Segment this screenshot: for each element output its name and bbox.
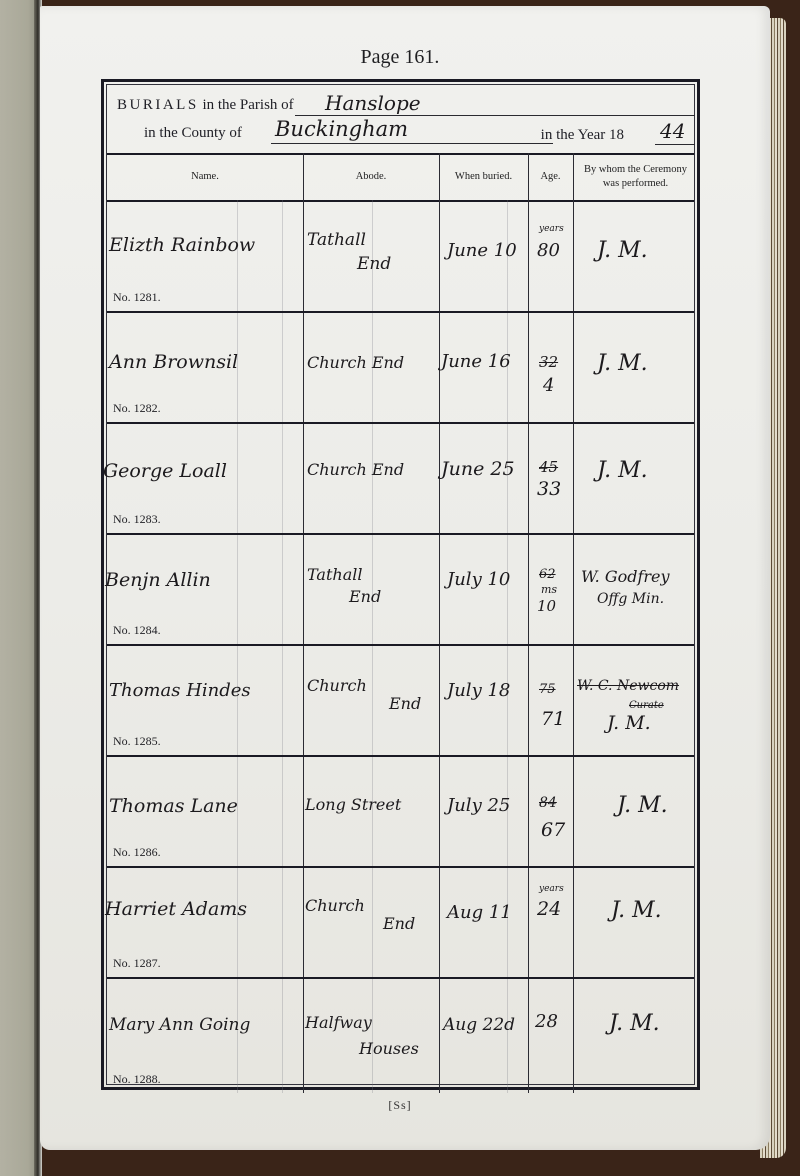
entry-age: 4 [543,375,554,396]
entry-date: Aug 22d [443,1015,515,1035]
entry-officiant: J. M. [597,238,648,263]
table-row: Benjn Allin Tathall End July 10 62 ms 10… [107,533,694,646]
entry-abode: Tathall [307,565,362,584]
entry-date: July 10 [447,569,510,590]
entry-officiant: J. M. [597,458,648,483]
entry-age-note: years [539,224,564,234]
entry-abode: Church End [307,353,404,372]
entry-date: June 16 [441,351,511,372]
register-title-block: BURIALS in the Parish of Hanslope in the… [107,85,694,155]
entry-age-struck: 32 [539,353,558,371]
entry-abode: Church End [307,460,404,479]
entry-abode-line2: End [383,914,415,933]
entry-date: July 18 [447,680,510,701]
entry-abode-line2: End [357,254,391,274]
entry-number: No. 1285. [113,734,161,749]
entry-age: 33 [537,478,561,500]
entry-date: June 10 [447,240,517,261]
signature-mark: [Ss] [0,1098,800,1113]
entry-age: 10 [537,597,556,615]
entry-abode: Church [305,896,365,915]
table-row: Mary Ann Going Halfway Houses Aug 22d 28… [107,977,694,1093]
entry-name: Thomas Hindes [109,680,251,701]
entry-officiant: J. M. [597,351,648,376]
title-line-county: in the County of [144,125,242,142]
entry-age-struck: 84 [539,795,557,811]
table-row: Thomas Hindes Church End July 18 75 71 W… [107,644,694,757]
parish-fill-line [295,115,695,116]
entry-name: Ann Brownsil [109,351,238,373]
entry-date: Aug 11 [447,902,512,923]
title-year: in the Year 18 [541,127,624,144]
entry-age-struck: 62 [539,567,556,582]
entry-officiant-title-struck: Curate [629,700,664,711]
entry-number: No. 1283. [113,512,161,527]
entry-age: 24 [537,898,561,920]
entry-name: George Loall [103,460,227,482]
entry-officiant-struck: W. C. Newcom [577,678,679,694]
entry-date: June 25 [441,458,515,480]
table-row: Harriet Adams Church End Aug 11 years 24… [107,866,694,979]
entry-number: No. 1288. [113,1072,161,1087]
entry-number: No. 1284. [113,623,161,638]
table-row: Elizth Rainbow Tathall End June 10 years… [107,200,694,313]
entry-name: Thomas Lane [109,795,238,817]
entry-abode-line2: Houses [359,1039,419,1058]
title-burials: BURIALS [117,97,199,113]
entry-age-note: ms [541,583,557,596]
entry-abode: Long Street [305,795,401,814]
page-number: Page 161. [0,46,800,69]
entry-number: No. 1282. [113,401,161,416]
table-row: George Loall Church End June 25 45 33 J.… [107,422,694,535]
entry-officiant: J. M. [609,1011,660,1036]
entry-age-struck: 45 [539,458,558,476]
county-value: Buckingham [275,117,408,141]
entry-officiant: W. Godfrey [581,567,670,586]
entry-abode: Church [307,676,367,695]
entry-abode-line2: End [389,694,421,713]
entry-age: 80 [537,240,560,261]
entry-officiant: J. M. [611,898,662,923]
entry-date: July 25 [447,795,510,816]
entry-abode-line2: End [349,587,381,606]
entry-age-note: years [539,884,564,894]
burial-register-table: BURIALS in the Parish of Hanslope in the… [101,79,700,1090]
header-officiant: By whom the Ceremony was performed. [573,153,698,200]
entry-age: 67 [541,819,565,841]
column-headers: Name. Abode. When buried. Age. By whom t… [107,153,694,202]
year-fill-line [655,144,695,145]
entry-officiant: J. M. [617,793,668,818]
year-prefix: in the Year 18 [541,127,624,143]
entry-abode: Tathall [307,230,366,250]
county-fill-line [271,143,553,144]
header-when-buried: When buried. [439,153,528,200]
table-row: Ann Brownsil Church End June 16 32 4 J. … [107,311,694,424]
entry-age: 28 [535,1011,558,1032]
title-line-parish: BURIALS in the Parish of [117,97,294,114]
entry-number: No. 1281. [113,290,161,305]
entry-name: Mary Ann Going [109,1015,250,1035]
entry-name: Benjn Allin [105,569,211,591]
year-value: 44 [660,119,685,143]
title-parish-prefix: in the Parish of [202,97,293,113]
entry-age: 71 [541,708,565,730]
entry-name: Harriet Adams [105,898,247,920]
header-name: Name. [107,153,303,200]
title-county-prefix: in the County of [144,125,242,141]
entry-officiant-title: Offg Min. [597,591,664,607]
header-abode: Abode. [303,153,439,200]
entry-name: Elizth Rainbow [109,234,255,256]
entry-number: No. 1287. [113,956,161,971]
parish-value: Hanslope [325,91,421,115]
entry-abode: Halfway [305,1013,372,1032]
entry-number: No. 1286. [113,845,161,860]
entry-age-struck: 75 [539,682,556,697]
table-row: Thomas Lane Long Street July 25 84 67 J.… [107,755,694,868]
entry-officiant: J. M. [607,712,651,734]
header-age: Age. [528,153,573,200]
